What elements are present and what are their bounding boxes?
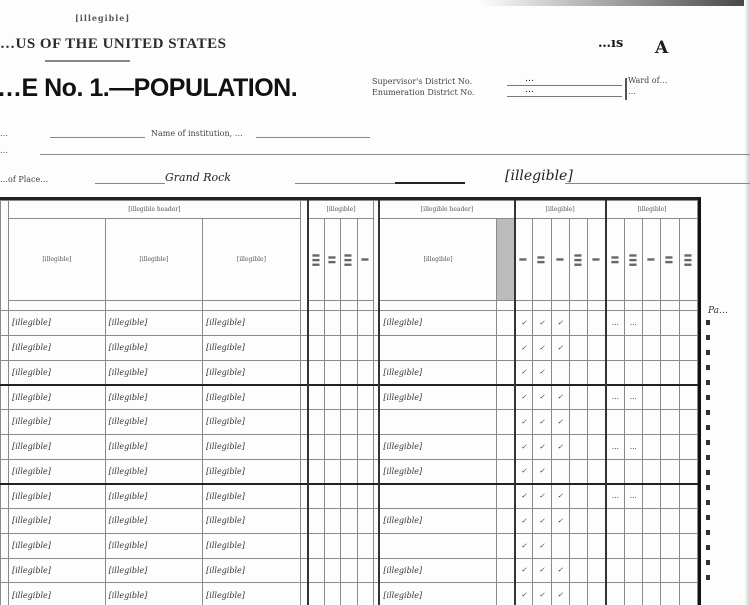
personal-cell	[341, 459, 357, 484]
supervisors-district-line: Supervisor's District No. …	[372, 76, 622, 87]
education-cell: ✓	[533, 335, 551, 360]
ownership-cell	[606, 335, 624, 360]
education-cell	[569, 360, 587, 385]
vertical-header: ▌▌	[538, 254, 545, 263]
education-cell	[569, 509, 587, 534]
education-cell: ✓	[551, 558, 569, 583]
occupation-code-cell	[496, 484, 514, 509]
personal-cell	[308, 459, 324, 484]
ownership-cell	[606, 583, 624, 605]
ownership-cell	[661, 533, 679, 558]
row-margin-cell	[1, 558, 9, 583]
info-line-1: … Name of institution, …	[0, 128, 370, 138]
population-grid: [illegible header] [illegible] [illegibl…	[0, 200, 698, 605]
education-cell	[569, 459, 587, 484]
education-cell	[588, 533, 606, 558]
personal-cell	[357, 410, 373, 435]
ownership-cell	[679, 410, 697, 435]
ownership-cell	[624, 360, 642, 385]
personal-cell	[308, 583, 324, 605]
table-row: [illegible][illegible][illegible][illegi…	[1, 360, 698, 385]
personal-cell	[325, 311, 341, 336]
ownership-cell	[643, 335, 661, 360]
subheader-col-b: [illegible]	[105, 219, 203, 301]
enumeration-district-line: Enumeration District No. …	[372, 87, 622, 98]
vertical-header: ▌▌▌	[630, 252, 637, 266]
divider-cell	[300, 410, 308, 435]
education-cell: ✓	[551, 484, 569, 509]
name-cell-3: [illegible]	[203, 509, 301, 534]
district-info-box: Supervisor's District No. … Enumeration …	[372, 76, 622, 98]
name-cell-2: [illegible]	[105, 459, 203, 484]
education-cell	[588, 385, 606, 410]
info-line-1-label: …	[0, 129, 50, 138]
personal-cell	[357, 509, 373, 534]
ownership-cell	[679, 434, 697, 459]
name-cell-2: [illegible]	[105, 410, 203, 435]
name-group-header: [illegible header]	[9, 201, 301, 219]
ownership-cell: …	[606, 484, 624, 509]
supervisors-district-value: …	[525, 74, 534, 84]
row-margin-cell	[1, 459, 9, 484]
personal-cell	[341, 434, 357, 459]
personal-cell	[308, 484, 324, 509]
margin-tally-marks	[704, 320, 712, 605]
education-cell: ✓	[551, 583, 569, 605]
ownership-cell	[643, 558, 661, 583]
name-cell-2: [illegible]	[105, 360, 203, 385]
name-cell-3: [illegible]	[203, 410, 301, 435]
ownership-cell	[643, 410, 661, 435]
ownership-cell	[679, 360, 697, 385]
occupation-code-cell	[496, 434, 514, 459]
ownership-cell	[661, 311, 679, 336]
ownership-cell	[679, 335, 697, 360]
education-cell: ✓	[515, 558, 533, 583]
personal-cell	[341, 385, 357, 410]
personal-cell	[325, 335, 341, 360]
occupation-group-header: [illegible header]	[379, 201, 514, 219]
table-group-header-row: [illegible header] [illegible] [illegibl…	[1, 201, 698, 219]
subheader-col-a: [illegible]	[9, 219, 106, 301]
education-cell: ✓	[533, 484, 551, 509]
personal-cell	[357, 558, 373, 583]
name-cell-2: [illegible]	[105, 335, 203, 360]
education-cell: ✓	[515, 583, 533, 605]
row-margin-cell	[1, 509, 9, 534]
education-cell: ✓	[533, 583, 551, 605]
ownership-cell	[606, 533, 624, 558]
vertical-header: ▌▌▌	[575, 252, 582, 266]
ownership-cell	[643, 385, 661, 410]
education-cell	[588, 410, 606, 435]
ownership-cell	[661, 509, 679, 534]
name-cell-3: [illegible]	[203, 583, 301, 605]
personal-cell	[341, 558, 357, 583]
ownership-cell	[606, 558, 624, 583]
personal-cell	[308, 311, 324, 336]
enumeration-district-value: …	[525, 85, 534, 95]
name-cell-1: [illegible]	[9, 509, 106, 534]
table-row: [illegible][illegible][illegible][illegi…	[1, 509, 698, 534]
vertical-header: ▌▌	[666, 254, 673, 263]
name-cell-2: [illegible]	[105, 385, 203, 410]
table-row: [illegible][illegible][illegible][illegi…	[1, 583, 698, 605]
ownership-cell	[606, 459, 624, 484]
table-row: [illegible][illegible][illegible][illegi…	[1, 558, 698, 583]
name-cell-2: [illegible]	[105, 311, 203, 336]
name-cell-1: [illegible]	[9, 484, 106, 509]
ownership-cell: …	[624, 434, 642, 459]
name-cell-3: [illegible]	[203, 434, 301, 459]
personal-cell	[325, 558, 341, 583]
vertical-header: ▌	[648, 256, 655, 261]
education-cell: ✓	[533, 509, 551, 534]
occupation-cell: [illegible]	[379, 434, 496, 459]
personal-cell	[308, 360, 324, 385]
education-cell: ✓	[515, 484, 533, 509]
name-cell-1: [illegible]	[9, 410, 106, 435]
name-cell-1: [illegible]	[9, 360, 106, 385]
occupation-code-cell	[496, 335, 514, 360]
ownership-cell: …	[624, 385, 642, 410]
info-line-2: …	[0, 145, 750, 155]
education-cell	[588, 311, 606, 336]
ownership-cell	[679, 509, 697, 534]
education-cell	[551, 533, 569, 558]
personal-cell	[357, 335, 373, 360]
occupation-cell: [illegible]	[379, 311, 496, 336]
subheader-col-c: [illegible]	[203, 219, 301, 301]
name-cell-1: [illegible]	[9, 434, 106, 459]
column-number-row	[1, 301, 698, 311]
ownership-cell	[661, 434, 679, 459]
education-cell: ✓	[551, 509, 569, 534]
occupation-subheader: [illegible]	[379, 219, 496, 301]
personal-cell	[325, 533, 341, 558]
vertical-header: ▌▌▌	[685, 252, 692, 266]
handwritten-page-number: [illegible]	[505, 168, 565, 184]
personal-cell	[341, 335, 357, 360]
census-table: [illegible header] [illegible] [illegibl…	[0, 197, 701, 605]
ownership-cell	[624, 533, 642, 558]
education-cell	[569, 385, 587, 410]
ownership-cell	[661, 385, 679, 410]
education-cell	[588, 558, 606, 583]
education-cell	[569, 410, 587, 435]
sheet-number-label: …ıs	[598, 36, 623, 51]
ownership-cell	[661, 558, 679, 583]
personal-cell	[357, 533, 373, 558]
education-cell: ✓	[533, 558, 551, 583]
schedule-title: …E No. 1.—POPULATION.	[0, 74, 297, 103]
divider-cell	[300, 434, 308, 459]
ownership-cell	[624, 459, 642, 484]
ownership-cell	[679, 583, 697, 605]
personal-cell	[341, 484, 357, 509]
personal-cell	[325, 434, 341, 459]
occupation-code-cell	[496, 459, 514, 484]
education-cell: ✓	[515, 509, 533, 534]
ownership-cell	[661, 484, 679, 509]
education-cell	[588, 509, 606, 534]
vertical-header: ▌▌▌	[345, 252, 352, 266]
name-cell-1: [illegible]	[9, 459, 106, 484]
personal-cell	[341, 410, 357, 435]
personal-cell	[357, 385, 373, 410]
education-cell	[588, 583, 606, 605]
occupation-code-cell	[496, 360, 514, 385]
education-cell: ✓	[533, 385, 551, 410]
education-cell: ✓	[515, 335, 533, 360]
name-cell-3: [illegible]	[203, 533, 301, 558]
vertical-header: ▌	[557, 256, 564, 261]
education-cell	[569, 311, 587, 336]
ownership-cell	[624, 558, 642, 583]
name-cell-2: [illegible]	[105, 583, 203, 605]
ownership-cell	[643, 434, 661, 459]
ownership-cell	[679, 558, 697, 583]
education-cell: ✓	[551, 385, 569, 410]
department-header: [illegible]	[75, 13, 130, 23]
ownership-cell	[606, 509, 624, 534]
personal-cell	[357, 434, 373, 459]
personal-group-header: [illegible]	[308, 201, 373, 219]
name-cell-3: [illegible]	[203, 311, 301, 336]
table-row: [illegible][illegible][illegible][illegi…	[1, 385, 698, 410]
table-row: [illegible][illegible][illegible][illegi…	[1, 459, 698, 484]
district-divider	[625, 78, 627, 100]
name-cell-3: [illegible]	[203, 484, 301, 509]
occupation-cell: [illegible]	[379, 509, 496, 534]
ownership-cell	[679, 385, 697, 410]
education-cell: ✓	[533, 459, 551, 484]
place-label: …of Place…	[0, 175, 95, 184]
name-cell-1: [illegible]	[9, 558, 106, 583]
info-line-2-label: …	[0, 146, 40, 155]
vertical-header: ▌▌▌	[313, 252, 320, 266]
occupation-code-cell	[496, 558, 514, 583]
personal-cell	[341, 533, 357, 558]
row-margin-cell	[1, 360, 9, 385]
ownership-cell	[661, 335, 679, 360]
ownership-cell	[679, 459, 697, 484]
ownership-cell: …	[606, 311, 624, 336]
occupation-cell	[379, 533, 496, 558]
education-cell	[551, 360, 569, 385]
scan-edge-shadow-top	[480, 0, 750, 6]
side-page-label: Pa…	[708, 306, 728, 316]
occupation-code-cell	[496, 533, 514, 558]
divider-cell	[300, 533, 308, 558]
place-handwritten: Grand Rock	[165, 171, 295, 184]
education-cell	[588, 459, 606, 484]
ownership-group-header: [illegible]	[606, 201, 698, 219]
ward-line-2: …	[628, 87, 698, 98]
divider-cell	[300, 583, 308, 605]
occupation-code-cell	[496, 410, 514, 435]
divider-cell	[300, 335, 308, 360]
scan-edge-shadow-right	[744, 0, 750, 605]
name-cell-3: [illegible]	[203, 335, 301, 360]
occupation-cell: [illegible]	[379, 385, 496, 410]
personal-cell	[308, 335, 324, 360]
education-cell	[569, 434, 587, 459]
supervisors-district-label: Supervisor's District No.	[372, 77, 507, 86]
ownership-cell	[643, 583, 661, 605]
ownership-cell	[661, 360, 679, 385]
ownership-cell	[624, 335, 642, 360]
education-cell: ✓	[515, 459, 533, 484]
institution-label: Name of institution, …	[145, 129, 256, 138]
ownership-cell	[643, 533, 661, 558]
name-cell-2: [illegible]	[105, 434, 203, 459]
name-cell-2: [illegible]	[105, 558, 203, 583]
ownership-cell	[643, 484, 661, 509]
row-margin-cell	[1, 583, 9, 605]
occupation-cell: [illegible]	[379, 360, 496, 385]
info-line-3: …of Place… Grand Rock [illegible]	[0, 168, 750, 184]
table-row: [illegible][illegible][illegible]✓✓✓	[1, 335, 698, 360]
personal-cell	[357, 459, 373, 484]
education-cell	[588, 335, 606, 360]
personal-cell	[308, 558, 324, 583]
table-row: [illegible][illegible][illegible][illegi…	[1, 311, 698, 336]
occupation-code-cell	[496, 509, 514, 534]
education-cell: ✓	[533, 311, 551, 336]
name-cell-2: [illegible]	[105, 484, 203, 509]
education-cell	[588, 360, 606, 385]
education-cell: ✓	[551, 434, 569, 459]
row-margin-cell	[1, 410, 9, 435]
personal-cell	[325, 410, 341, 435]
education-cell: ✓	[515, 385, 533, 410]
personal-cell	[325, 360, 341, 385]
personal-cell	[308, 509, 324, 534]
row-margin-cell	[1, 533, 9, 558]
occupation-cell: [illegible]	[379, 558, 496, 583]
education-cell: ✓	[551, 410, 569, 435]
personal-cell	[308, 533, 324, 558]
name-cell-1: [illegible]	[9, 533, 106, 558]
personal-cell	[308, 410, 324, 435]
education-cell: ✓	[533, 533, 551, 558]
ownership-cell	[624, 583, 642, 605]
personal-cell	[357, 360, 373, 385]
ownership-cell	[661, 583, 679, 605]
personal-cell	[357, 583, 373, 605]
ownership-cell	[624, 410, 642, 435]
education-cell: ✓	[515, 360, 533, 385]
name-cell-1: [illegible]	[9, 385, 106, 410]
personal-cell	[357, 311, 373, 336]
education-cell: ✓	[551, 311, 569, 336]
vertical-header: ▌	[362, 256, 369, 261]
census-title: …US OF THE UNITED STATES	[0, 36, 227, 53]
personal-cell	[341, 311, 357, 336]
name-cell-3: [illegible]	[203, 385, 301, 410]
education-group-header: [illegible]	[515, 201, 606, 219]
education-cell	[588, 484, 606, 509]
divider-cell	[300, 558, 308, 583]
divider-cell	[300, 311, 308, 336]
table-row: [illegible][illegible][illegible]✓✓✓……	[1, 484, 698, 509]
education-cell: ✓	[533, 410, 551, 435]
occupation-cell	[379, 484, 496, 509]
table-row: [illegible][illegible][illegible][illegi…	[1, 434, 698, 459]
ownership-cell: …	[624, 484, 642, 509]
ownership-cell	[643, 360, 661, 385]
education-cell	[569, 533, 587, 558]
education-cell	[569, 583, 587, 605]
row-margin-cell	[1, 484, 9, 509]
personal-cell	[357, 484, 373, 509]
occupation-cell	[379, 335, 496, 360]
occupation-code-cell	[496, 311, 514, 336]
personal-cell	[341, 583, 357, 605]
enumeration-district-label: Enumeration District No.	[372, 88, 507, 97]
personal-cell	[341, 360, 357, 385]
row-margin-cell	[1, 335, 9, 360]
name-cell-1: [illegible]	[9, 311, 106, 336]
info-line-3-right-field	[395, 173, 465, 184]
table-subheader-row: [illegible] [illegible] [illegible] ▌▌▌ …	[1, 219, 698, 301]
personal-cell	[308, 434, 324, 459]
ownership-cell	[643, 311, 661, 336]
district-right-box: Ward of… …	[628, 76, 698, 98]
table-row: [illegible][illegible][illegible]✓✓	[1, 533, 698, 558]
education-cell	[569, 484, 587, 509]
occupation-cell	[379, 410, 496, 435]
personal-cell	[325, 385, 341, 410]
name-cell-1: [illegible]	[9, 583, 106, 605]
education-cell	[569, 335, 587, 360]
ownership-cell	[643, 459, 661, 484]
row-margin-cell	[1, 434, 9, 459]
education-cell	[588, 434, 606, 459]
education-cell: ✓	[515, 434, 533, 459]
ownership-cell	[606, 410, 624, 435]
personal-cell	[325, 459, 341, 484]
occupation-cell: [illegible]	[379, 583, 496, 605]
name-cell-2: [illegible]	[105, 509, 203, 534]
personal-cell	[325, 484, 341, 509]
ownership-cell	[624, 509, 642, 534]
ward-line: Ward of…	[628, 76, 698, 87]
ownership-cell	[661, 459, 679, 484]
name-cell-3: [illegible]	[203, 459, 301, 484]
personal-cell	[308, 385, 324, 410]
education-cell: ✓	[551, 335, 569, 360]
ownership-cell	[661, 410, 679, 435]
education-cell: ✓	[533, 360, 551, 385]
occupation-cell: [illegible]	[379, 459, 496, 484]
row-margin-cell	[1, 385, 9, 410]
vertical-header: ▌▌	[329, 254, 336, 263]
divider-cell	[300, 459, 308, 484]
table-row: [illegible][illegible][illegible]✓✓✓	[1, 410, 698, 435]
ownership-cell: …	[624, 311, 642, 336]
ownership-cell	[606, 360, 624, 385]
ownership-cell	[679, 311, 697, 336]
personal-cell	[325, 583, 341, 605]
divider-cell	[300, 484, 308, 509]
row-margin-cell	[1, 311, 9, 336]
education-cell: ✓	[515, 311, 533, 336]
name-cell-2: [illegible]	[105, 533, 203, 558]
vertical-header: ▌	[520, 256, 527, 261]
vertical-header: ▌	[593, 256, 600, 261]
